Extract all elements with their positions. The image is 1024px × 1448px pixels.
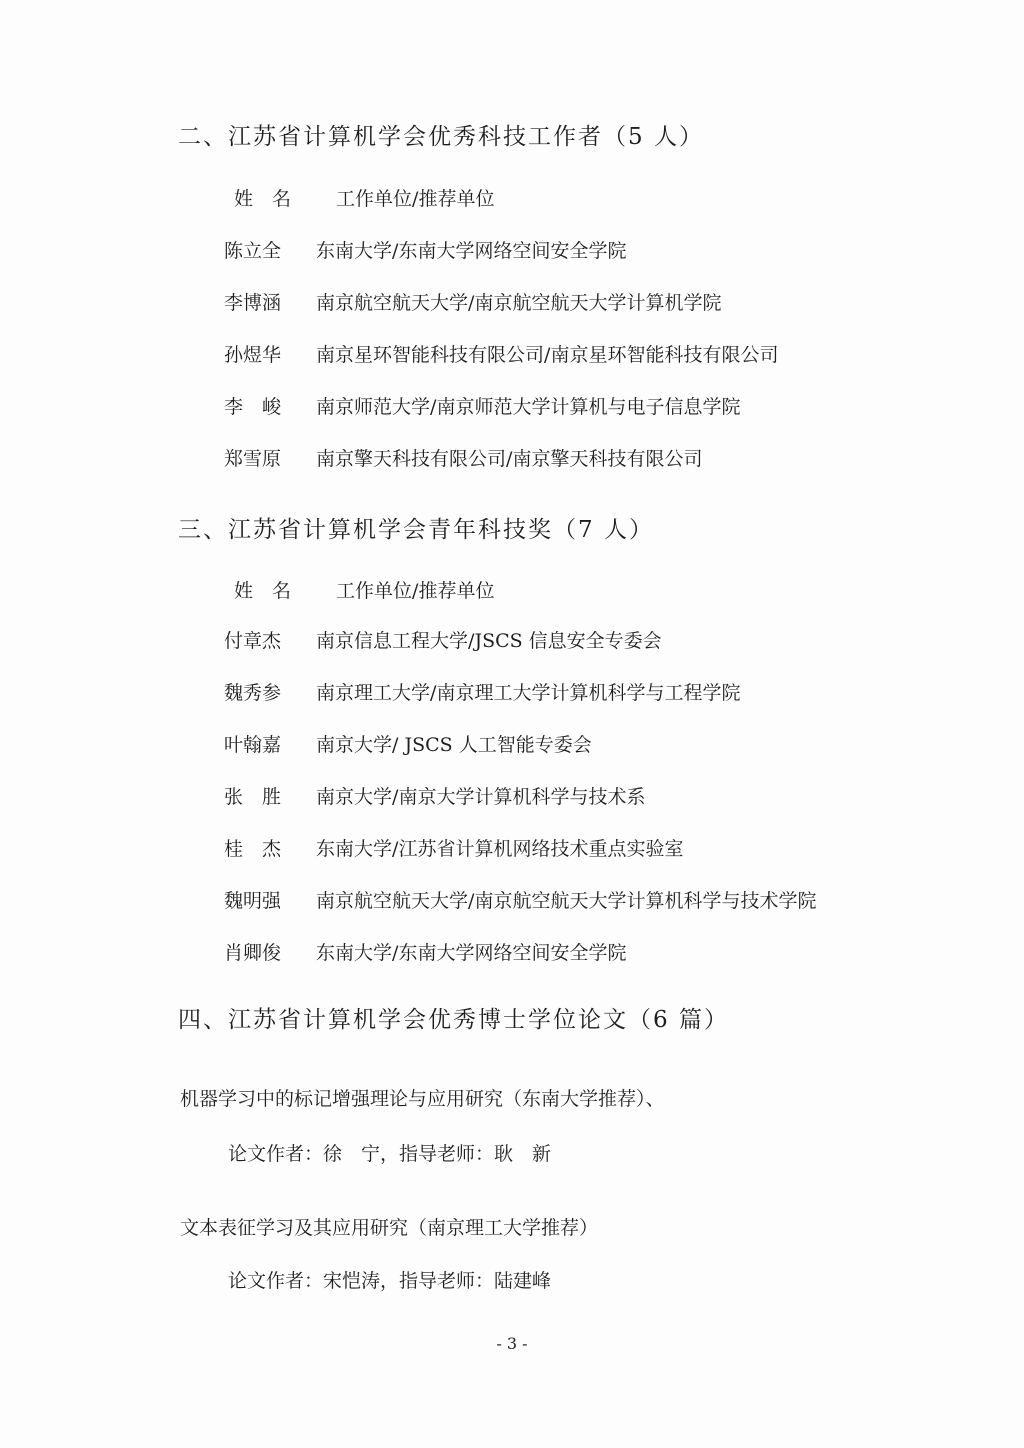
section-4-heading: 四、江苏省计算机学会优秀博士学位论文（6 篇） <box>178 1005 729 1035</box>
table-row: 孙煜华 南京星环智能科技有限公司/南京星环智能科技有限公司 <box>224 344 778 366</box>
section-2-table-header: 姓 名 工作单位/推荐单位 <box>234 188 494 210</box>
person-name: 付章杰 <box>224 630 286 652</box>
person-org: 南京航空航天大学/南京航空航天大学计算机学院 <box>316 292 721 314</box>
person-org: 东南大学/东南大学网络空间安全学院 <box>316 942 626 964</box>
person-name: 魏秀参 <box>224 682 286 704</box>
table-row: 张 胜 南京大学/南京大学计算机科学与技术系 <box>224 786 645 808</box>
person-org: 南京擎天科技有限公司/南京擎天科技有限公司 <box>316 448 702 470</box>
section-3-table-header: 姓 名 工作单位/推荐单位 <box>234 580 494 602</box>
table-row: 肖卿俊 东南大学/东南大学网络空间安全学院 <box>224 942 626 964</box>
table-row: 付章杰 南京信息工程大学/JSCS 信息安全专委会 <box>224 630 662 652</box>
table-row: 魏明强 南京航空航天大学/南京航空航天大学计算机科学与技术学院 <box>224 890 816 912</box>
document-content: 二、江苏省计算机学会优秀科技工作者（5 人） 姓 名 工作单位/推荐单位 陈立全… <box>0 0 1024 1292</box>
thesis-title: 文本表征学习及其应用研究（南京理工大学推荐） <box>180 1217 598 1239</box>
person-name: 叶翰嘉 <box>224 734 286 756</box>
table-row: 郑雪原 南京擎天科技有限公司/南京擎天科技有限公司 <box>224 448 702 470</box>
person-org: 东南大学/东南大学网络空间安全学院 <box>316 240 626 262</box>
header-name-column: 姓 名 <box>234 188 296 210</box>
thesis-title: 机器学习中的标记增强理论与应用研究（东南大学推荐）、 <box>180 1088 665 1110</box>
person-org: 南京师范大学/南京师范大学计算机与电子信息学院 <box>316 396 740 418</box>
thesis-authors: 论文作者：宋恺涛，指导老师：陆建峰 <box>228 1270 551 1292</box>
table-row: 李博涵 南京航空航天大学/南京航空航天大学计算机学院 <box>224 292 721 314</box>
table-row: 陈立全 东南大学/东南大学网络空间安全学院 <box>224 240 626 262</box>
header-org-column: 工作单位/推荐单位 <box>336 188 494 210</box>
person-name: 郑雪原 <box>224 448 286 470</box>
section-3-heading: 三、江苏省计算机学会青年科技奖（7 人） <box>178 515 654 545</box>
document-page: 二、江苏省计算机学会优秀科技工作者（5 人） 姓 名 工作单位/推荐单位 陈立全… <box>0 0 1024 1448</box>
person-name: 孙煜华 <box>224 344 286 366</box>
table-row: 魏秀参 南京理工大学/南京理工大学计算机科学与工程学院 <box>224 682 740 704</box>
page-number: - 3 - <box>0 1334 1024 1354</box>
person-org: 南京大学/ JSCS 人工智能专委会 <box>316 734 592 756</box>
person-org: 东南大学/江苏省计算机网络技术重点实验室 <box>316 838 683 860</box>
table-row: 桂 杰 东南大学/江苏省计算机网络技术重点实验室 <box>224 838 683 860</box>
person-name: 桂 杰 <box>224 838 286 860</box>
person-org: 南京航空航天大学/南京航空航天大学计算机科学与技术学院 <box>316 890 816 912</box>
header-name-column: 姓 名 <box>234 580 296 602</box>
table-row: 李 峻 南京师范大学/南京师范大学计算机与电子信息学院 <box>224 396 740 418</box>
person-name: 李 峻 <box>224 396 286 418</box>
person-name: 陈立全 <box>224 240 286 262</box>
person-name: 李博涵 <box>224 292 286 314</box>
person-name: 肖卿俊 <box>224 942 286 964</box>
section-2-heading: 二、江苏省计算机学会优秀科技工作者（5 人） <box>178 122 704 152</box>
person-org: 南京理工大学/南京理工大学计算机科学与工程学院 <box>316 682 740 704</box>
person-name: 魏明强 <box>224 890 286 912</box>
person-org: 南京信息工程大学/JSCS 信息安全专委会 <box>316 630 662 652</box>
person-name: 张 胜 <box>224 786 286 808</box>
person-org: 南京大学/南京大学计算机科学与技术系 <box>316 786 645 808</box>
person-org: 南京星环智能科技有限公司/南京星环智能科技有限公司 <box>316 344 778 366</box>
thesis-authors: 论文作者：徐 宁，指导老师：耿 新 <box>228 1143 551 1165</box>
header-org-column: 工作单位/推荐单位 <box>336 580 494 602</box>
table-row: 叶翰嘉 南京大学/ JSCS 人工智能专委会 <box>224 734 592 756</box>
